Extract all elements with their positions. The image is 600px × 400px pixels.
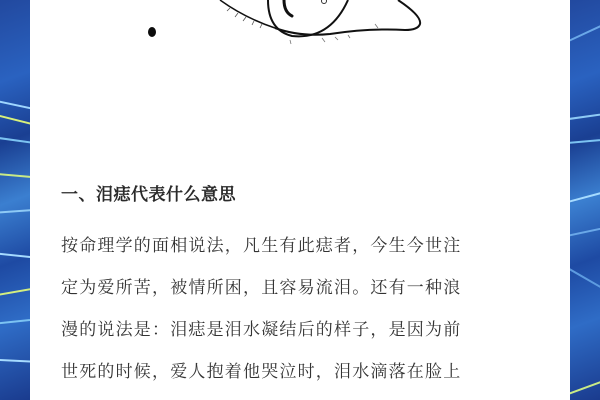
light-streak <box>570 109 600 122</box>
paragraph-line: 按命理学的面相说法，凡生有此痣者，今生今世注 <box>61 231 571 273</box>
light-streak <box>0 283 30 299</box>
article-paragraph: 按命理学的面相说法，凡生有此痣者，今生今世注 定为爱所苦，被情所困，且容易流泪。… <box>61 231 571 399</box>
light-streak <box>570 222 600 241</box>
light-streak <box>0 358 30 364</box>
section-heading: 一、泪痣代表什么意思 <box>61 180 236 205</box>
background-left-strip <box>0 0 30 400</box>
light-streak <box>0 172 30 181</box>
light-streak <box>570 371 600 400</box>
light-streak <box>0 207 30 215</box>
light-streak <box>570 260 600 302</box>
light-streak <box>0 316 30 326</box>
light-streak <box>570 13 600 49</box>
article-panel: 一、泪痣代表什么意思 按命理学的面相说法，凡生有此痣者，今生今世注 定为爱所苦，… <box>30 0 570 400</box>
paragraph-line: 漫的说法是：泪痣是泪水凝结后的样子，是因为前 <box>61 315 571 357</box>
background-right-strip <box>570 0 600 400</box>
paragraph-line: 世死的时候，爱人抱着他哭泣时，泪水滴落在脸上 <box>61 357 571 399</box>
light-streak <box>570 137 600 146</box>
paragraph-line: 定为爱所苦，被情所困，且容易流泪。还有一种浪 <box>61 273 571 315</box>
light-streak <box>0 251 30 261</box>
eye-illustration-icon <box>30 0 570 60</box>
light-streak <box>0 97 30 116</box>
light-streak <box>0 134 30 147</box>
tear-mole-dot <box>148 27 156 37</box>
light-streak <box>570 185 600 208</box>
light-streak <box>0 110 30 131</box>
